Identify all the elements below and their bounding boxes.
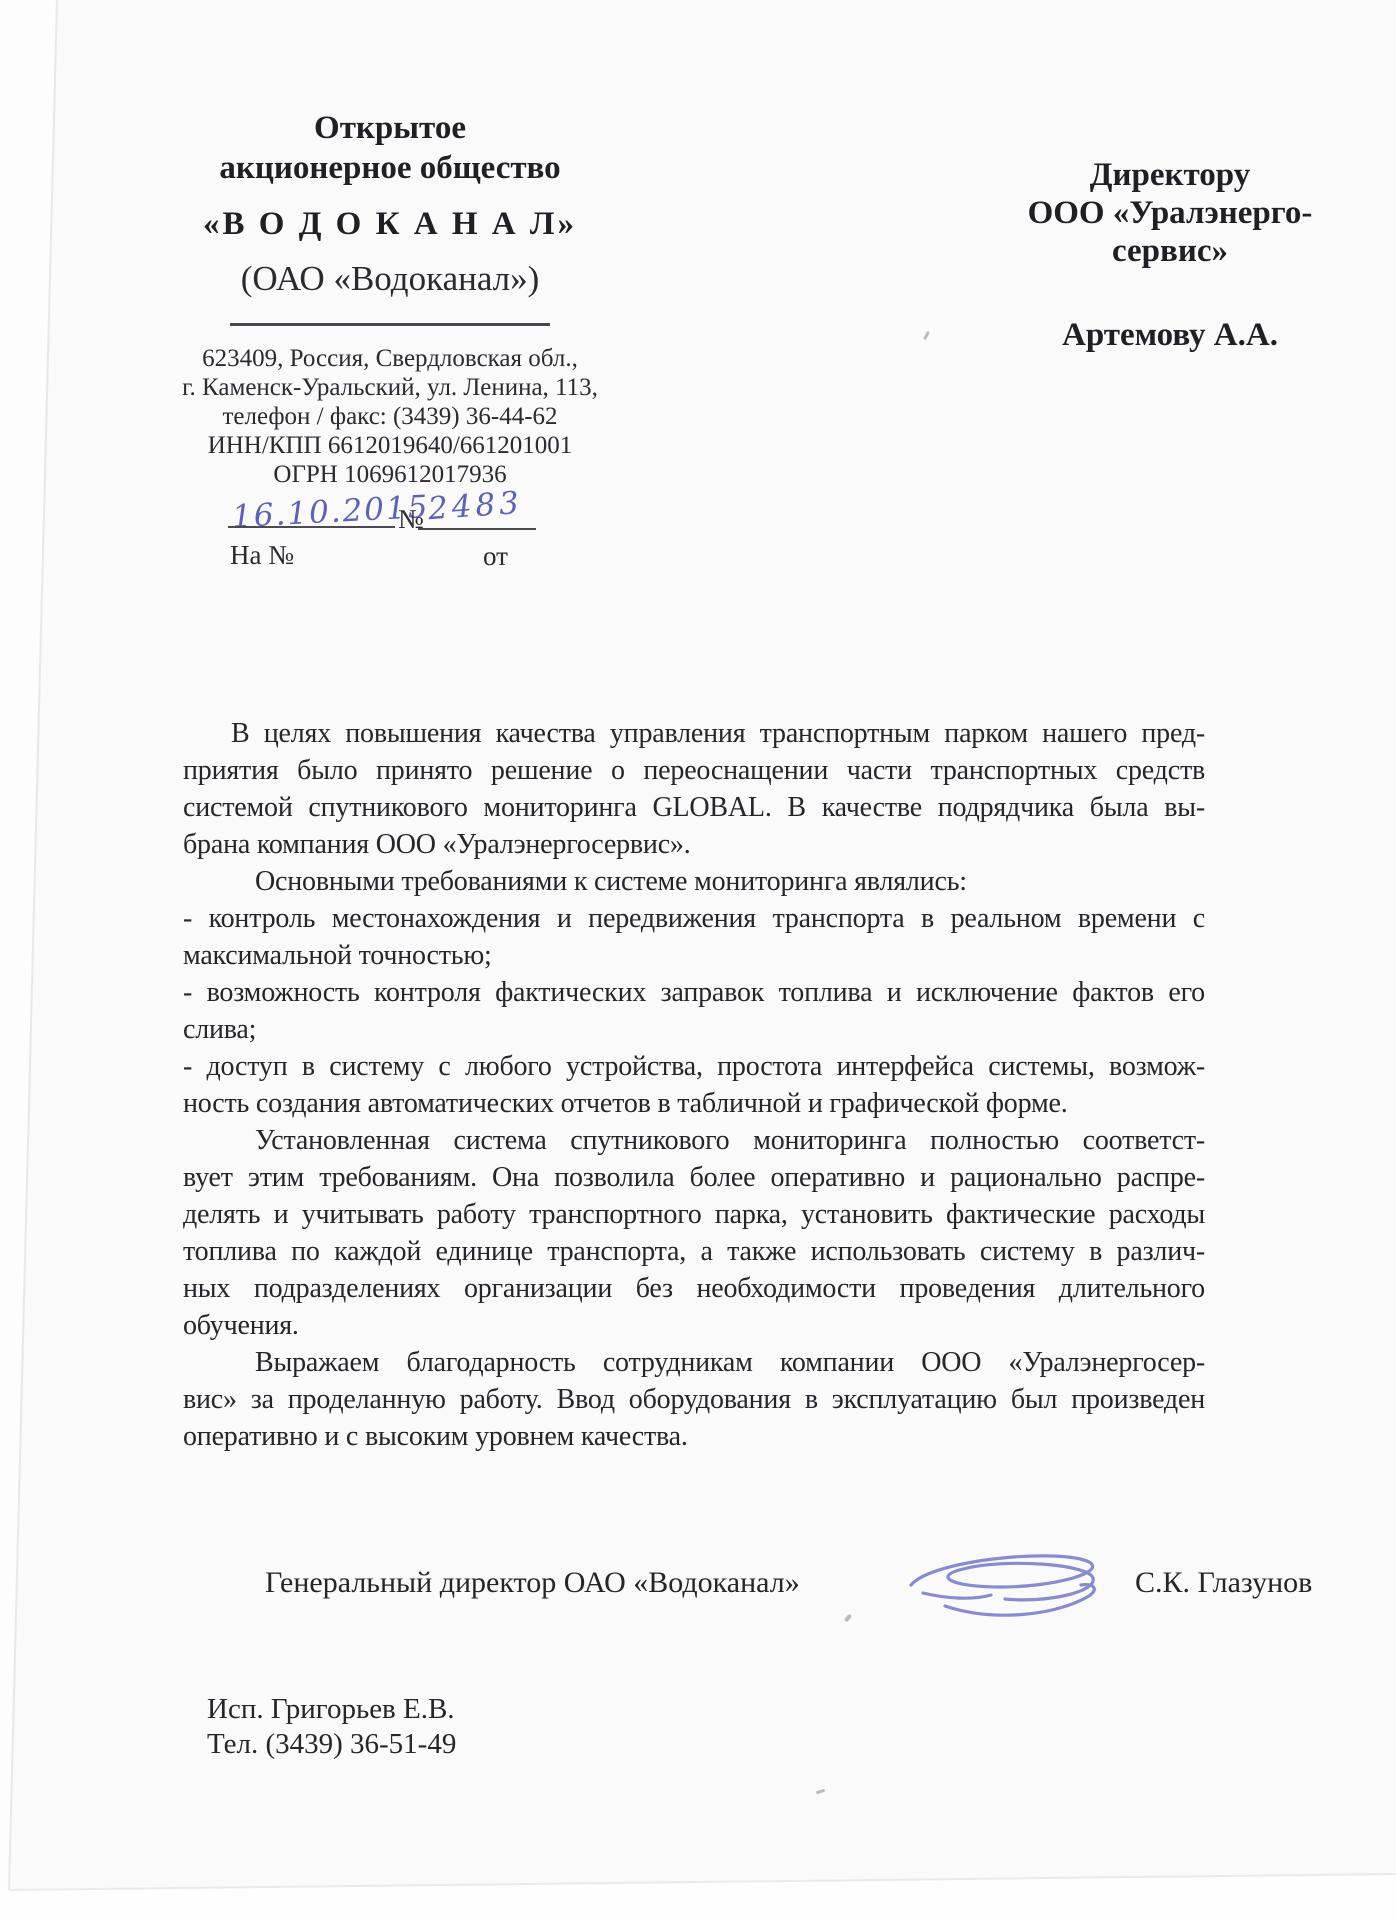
address-line: ИНН/КПП 6612019640/661201001: [155, 431, 625, 460]
org-type-line2: акционерное общество: [155, 148, 625, 188]
address-line: ОГРН 1069612017936: [155, 460, 625, 489]
body-line: слива;: [183, 1011, 1205, 1048]
executor-name: Исп. Григорьев Е.В.: [207, 1692, 456, 1727]
body-line: - контроль местонахождения и передвижени…: [183, 900, 1205, 937]
date-number-block: 16.10.2015 № 2483 На № от: [228, 488, 588, 568]
number-underline: [418, 528, 536, 530]
signature-name: С.К. Глазунов: [1135, 1566, 1312, 1600]
handwritten-number: 2483: [427, 485, 524, 528]
executor-block: Исп. Григорьев Е.В. Тел. (3439) 36-51-49: [207, 1692, 456, 1762]
ref-number-label: На №: [230, 540, 294, 571]
recipient-company-line1: ООО «Уралэнерго-: [1005, 194, 1335, 232]
body-line: приятия было принято решение о переоснащ…: [183, 752, 1205, 789]
address-line: г. Каменск-Уральский, ул. Ленина, 113,: [155, 373, 625, 402]
signature-position-title: Генеральный директор ОАО «Водоканал»: [265, 1566, 800, 1600]
body-line: топлива по каждой единице транспорта, а …: [183, 1233, 1205, 1270]
signature-autograph: [893, 1543, 1113, 1638]
body-line: ных подразделениях организации без необх…: [183, 1270, 1205, 1307]
body-line: - возможность контроля фактических запра…: [183, 974, 1205, 1011]
org-short-name: (ОАО «Водоканал»): [155, 259, 625, 299]
body-line: Основными требованиями к системе монитор…: [183, 863, 1205, 900]
scanned-letter-page: Открытое акционерное общество «В О Д О К…: [0, 0, 1396, 1920]
recipient-title: Директору: [1005, 156, 1335, 194]
body-line: Установленная система спутникового монит…: [183, 1122, 1205, 1159]
org-type-line1: Открытое: [155, 108, 625, 148]
ref-from-label: от: [483, 541, 508, 572]
body-line: - доступ в систему с любого устройства, …: [183, 1048, 1205, 1085]
body-line: делять и учитывать работу транспортного …: [183, 1196, 1205, 1233]
recipient-block: Директору ООО «Уралэнерго- сервис» Артем…: [1005, 156, 1335, 354]
address-line: телефон / факс: (3439) 36-44-62: [155, 402, 625, 431]
executor-phone: Тел. (3439) 36-51-49: [207, 1727, 456, 1762]
address-line: 623409, Россия, Свердловская обл.,: [155, 344, 625, 373]
recipient-name: Артемову А.А.: [1005, 316, 1335, 354]
body-line: системой спутникового мониторинга GLOBAL…: [183, 789, 1205, 826]
body-line: В целях повышения качества управления тр…: [183, 715, 1205, 752]
letter-body: В целях повышения качества управления тр…: [183, 715, 1205, 1455]
body-line: Выражаем благодарность сотрудникам компа…: [183, 1344, 1205, 1381]
recipient-company-line2: сервис»: [1005, 232, 1335, 270]
date-underline: [228, 526, 395, 528]
body-line: оперативно и с высоким уровнем качества.: [183, 1418, 1205, 1455]
letterhead: Открытое акционерное общество «В О Д О К…: [155, 108, 625, 489]
body-line: вис» за проделанную работу. Ввод оборудо…: [183, 1381, 1205, 1418]
body-line: брана компания ООО «Уралэнергосервис».: [183, 826, 1205, 863]
letterhead-divider: [230, 323, 550, 326]
org-name: «В О Д О К А Н А Л»: [155, 206, 625, 243]
body-line: обучения.: [183, 1307, 1205, 1344]
body-line: вует этим требованиям. Она позволила бол…: [183, 1159, 1205, 1196]
number-sign: №: [398, 504, 424, 535]
body-line: максимальной точностью;: [183, 937, 1205, 974]
body-line: ность создания автоматических отчетов в …: [183, 1085, 1205, 1122]
